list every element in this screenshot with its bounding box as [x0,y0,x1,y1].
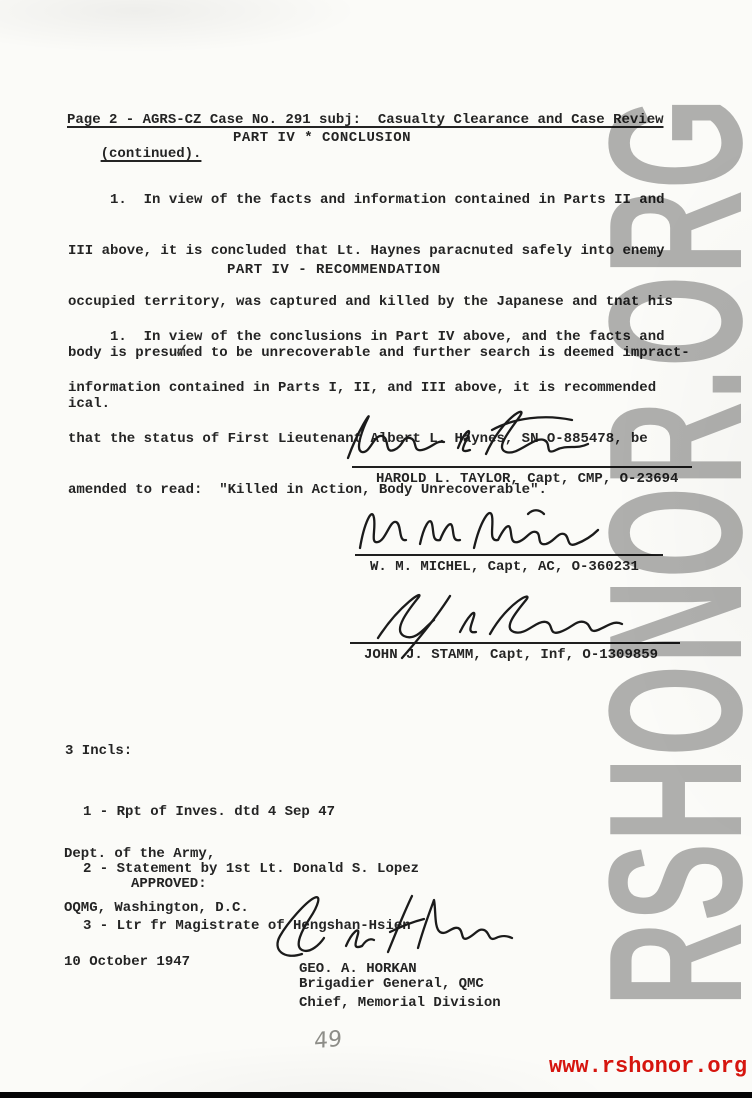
inclosures-heading: 3 Incls: [65,742,419,761]
signature-geo-horkan [262,892,514,966]
handwritten-page-number: 49 [314,1027,342,1055]
footer-url: www.rshonor.org [549,1054,747,1079]
recommendation-title: PART IV - RECOMMENDATION [227,262,441,279]
approver-division: Chief, Memorial Division [299,995,501,1012]
watermark-text: RSHONOR.ORG [567,97,752,1007]
conclusion-title: PART IV * CONCLUSION [233,130,411,147]
approved-label: APPROVED: [131,876,207,893]
scanned-document-page: RSHONOR.ORG Page 2 - AGRS-CZ Case No. 29… [0,0,752,1098]
signature-harold-taylor [338,404,596,470]
origin-line: 10 October 1947 [64,953,249,971]
handwritten-checkmark: ✓ [173,339,191,363]
origin-line: OQMG, Washington, D.C. [64,899,249,917]
scan-edge-bar [0,1092,752,1098]
origin-line: Dept. of the Army, [64,845,249,863]
approver-title: Brigadier General, QMC [299,976,484,993]
origin-block: Dept. of the Army, OQMG, Washington, D.C… [64,809,249,1007]
